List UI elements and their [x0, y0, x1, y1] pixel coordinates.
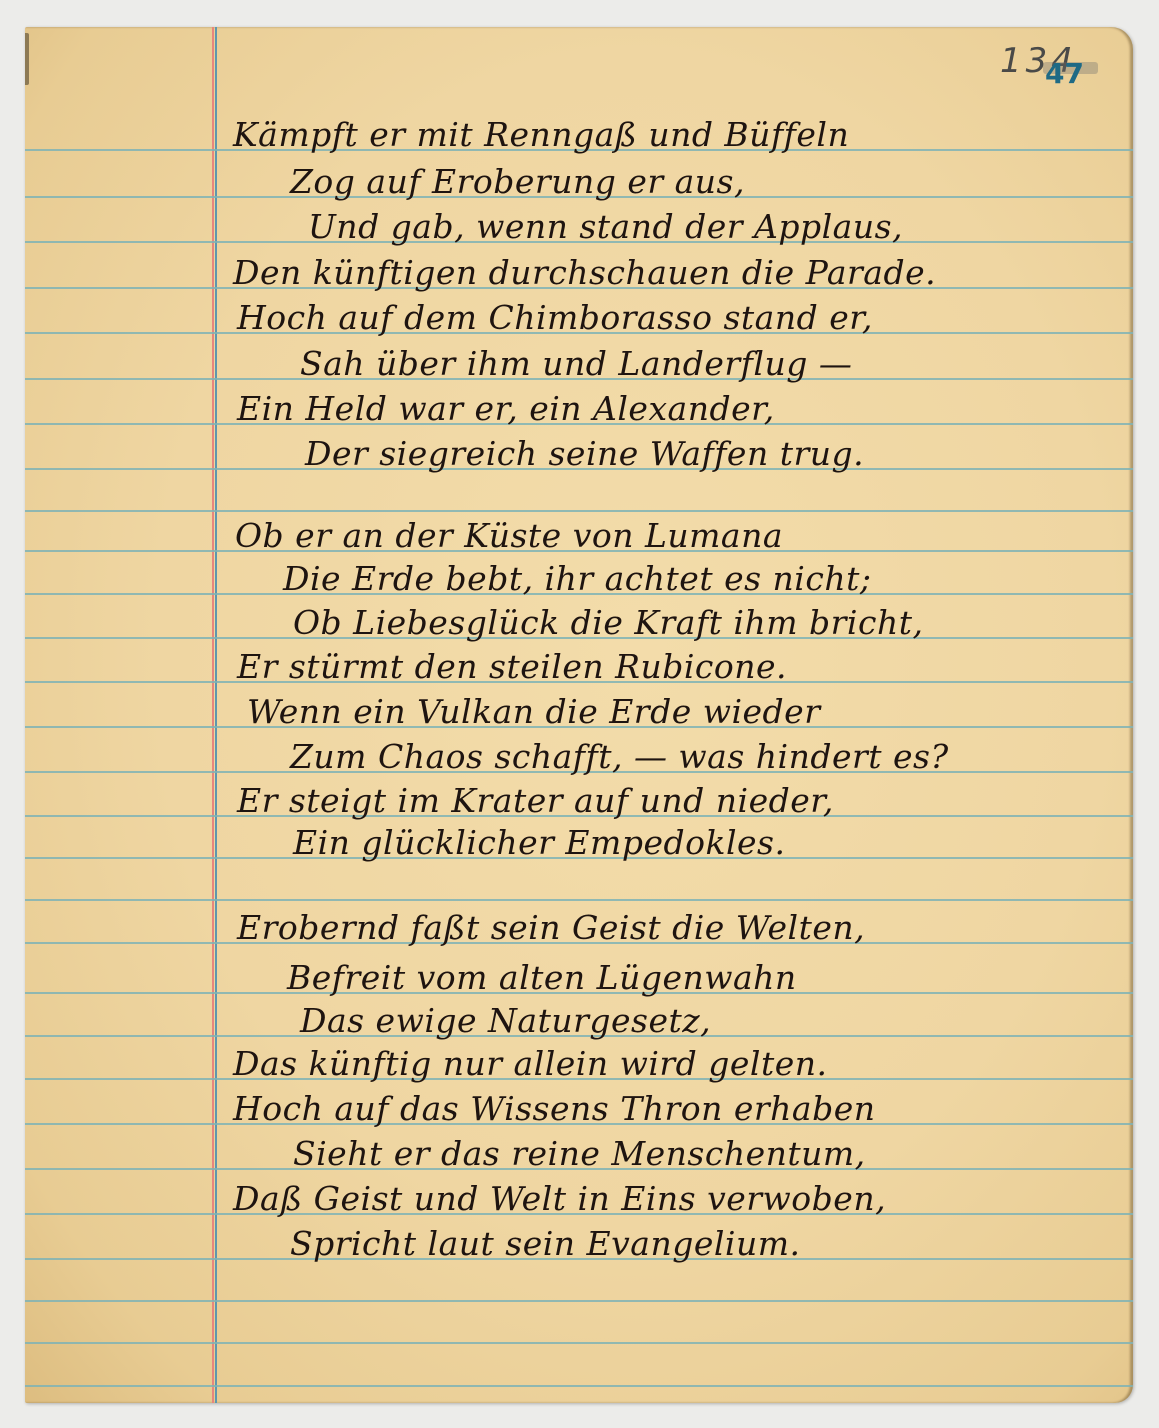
- poem-line: Wenn ein Vulkan die Erde wieder: [247, 692, 821, 731]
- poem-line: Hoch auf dem Chimborasso stand er,: [237, 298, 873, 337]
- poem-line: Das künftig nur allein wird gelten.: [233, 1044, 828, 1083]
- poem-line: Zog auf Eroberung er aus,: [290, 162, 745, 201]
- poem-line: Befreit vom alten Lügenwahn: [287, 958, 797, 997]
- margin-line-red: [212, 27, 214, 1403]
- poem-line: Zum Chaos schafft, — was hindert es?: [290, 737, 949, 776]
- poem-line: Den künftigen durchschauen die Parade.: [233, 253, 936, 292]
- poem-line: Er stürmt den steilen Rubicone.: [237, 647, 787, 686]
- poem-line: Hoch auf das Wissens Thron erhaben: [233, 1089, 876, 1128]
- poem-line: Ein Held war er, ein Alexander,: [237, 389, 775, 428]
- poem-line: Kämpft er mit Renngaß und Büffeln: [233, 115, 849, 154]
- poem-line: Sieht er das reine Menschentum,: [293, 1134, 866, 1173]
- poem-line: Und gab, wenn stand der Applaus,: [308, 207, 903, 246]
- margin-line-blue: [215, 27, 217, 1403]
- poem-line: Spricht laut sein Evangelium.: [290, 1224, 801, 1263]
- page-number-ink: 47: [1045, 57, 1084, 90]
- poem-line: Sah über ihm und Landerflug —: [300, 344, 852, 383]
- rule-line: [25, 899, 1133, 901]
- poem-line: Erobernd faßt sein Geist die Welten,: [237, 908, 865, 947]
- poem-line: Ob er an der Küste von Lumana: [235, 516, 783, 555]
- poem-line: Er steigt im Krater auf und nieder,: [237, 781, 834, 820]
- binding-tab: [25, 33, 29, 85]
- poem-line: Die Erde bebt, ihr achtet es nicht;: [283, 559, 871, 598]
- poem-line: Der siegreich seine Waffen trug.: [305, 434, 864, 473]
- poem-line: Ein glücklicher Empedokles.: [293, 823, 785, 862]
- manuscript-page: 134 47 Kämpft er mit Renngaß und Büffeln…: [25, 27, 1133, 1403]
- poem-line: Daß Geist und Welt in Eins verwoben,: [233, 1179, 886, 1218]
- rule-line: [25, 510, 1133, 512]
- rule-line: [25, 1342, 1133, 1344]
- poem-line: Ob Liebesglück die Kraft ihm bricht,: [293, 603, 923, 642]
- rule-line: [25, 1300, 1133, 1302]
- poem-line: Das ewige Naturgesetz,: [300, 1001, 711, 1040]
- rule-line: [25, 1385, 1133, 1387]
